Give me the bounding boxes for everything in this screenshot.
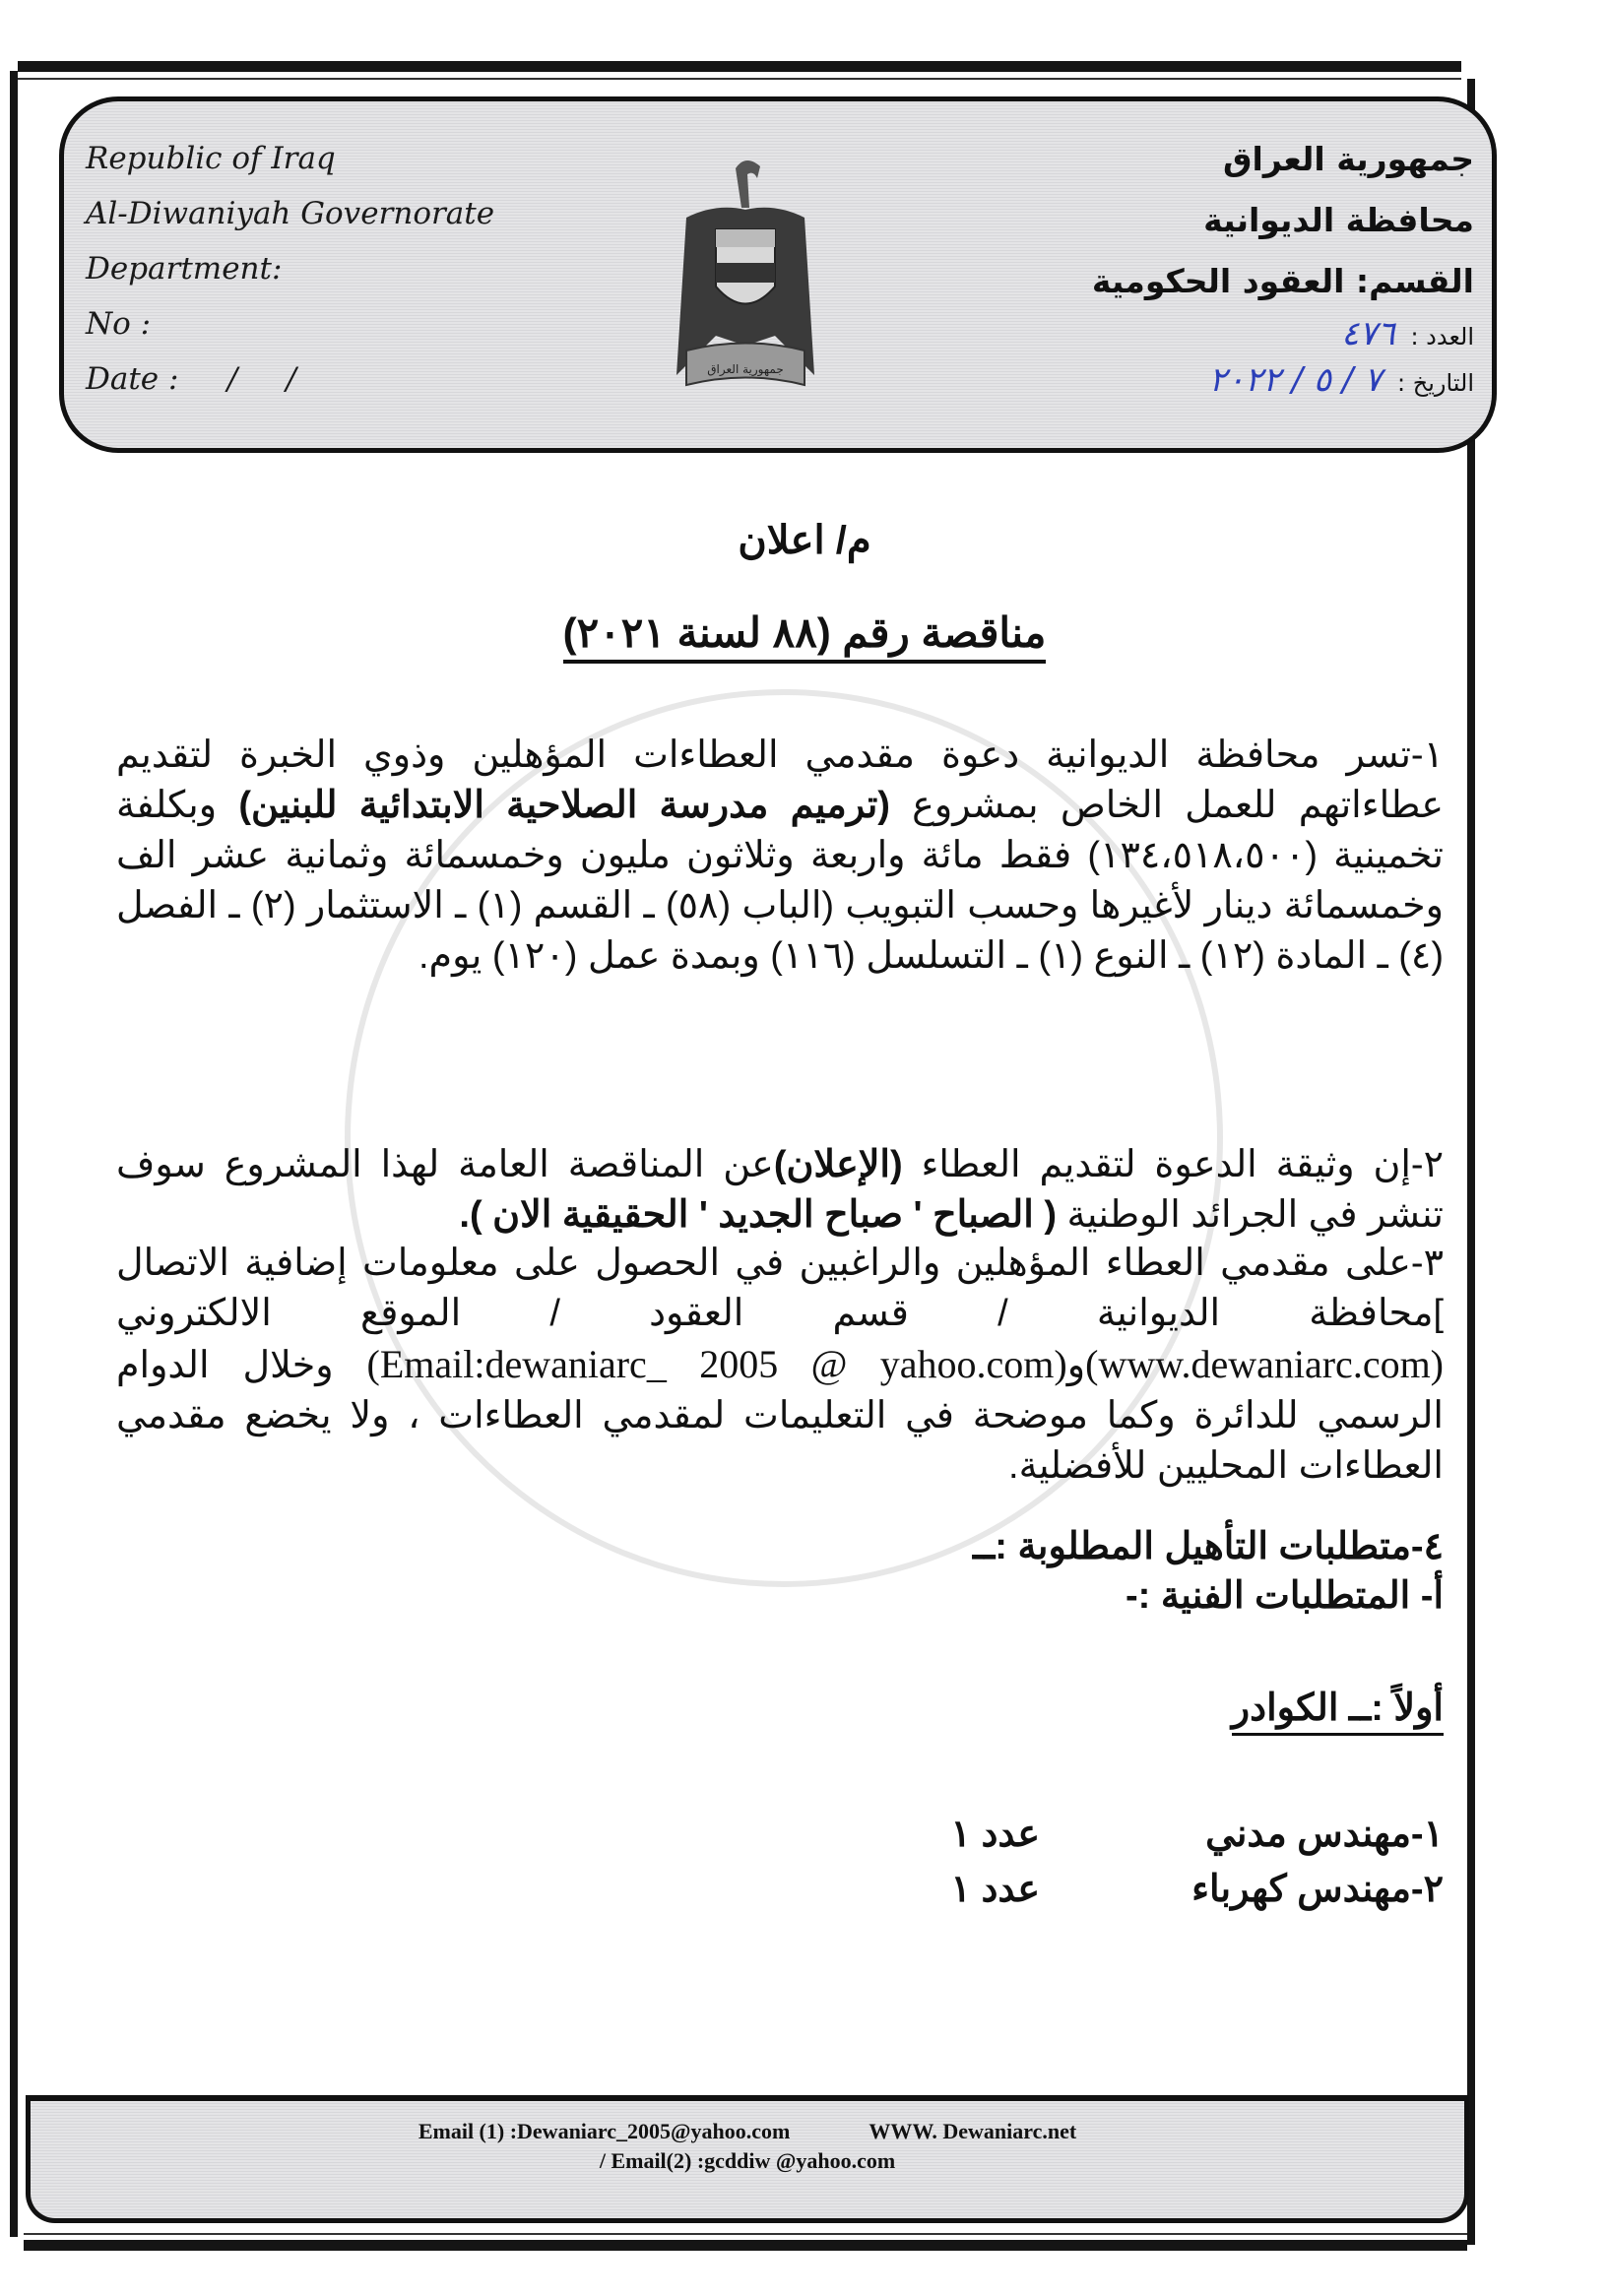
svg-text:جمهورية العراق: جمهورية العراق	[707, 362, 784, 377]
p3-conjunction: و	[1067, 1345, 1085, 1386]
frame-border-top	[18, 61, 1461, 72]
number-label-en: No :	[86, 296, 494, 351]
staff-title: ٢-مهندس كهرباء	[1191, 1867, 1444, 1911]
p2-bold-announcement: (الإعلان)	[774, 1144, 903, 1185]
p3-text-a: ٣-على مقدمي العطاء المؤهلين والراغبين في…	[116, 1243, 1444, 1334]
governorate-en: Al-Diwaniyah Governorate	[86, 186, 494, 241]
project-name: (ترميم مدرسة الصلاحية الابتدائية للبنين)	[238, 785, 890, 826]
governorate-ar: محافظة الديوانية	[1092, 190, 1474, 251]
letterhead: Republic of Iraq Al-Diwaniyah Governorat…	[59, 96, 1497, 453]
department-label-en: Department:	[86, 241, 494, 296]
p2-text-a: ٢-إن وثيقة الدعوة لتقديم العطاء	[903, 1144, 1444, 1185]
reference-number-value: ٤٧٦	[1333, 314, 1403, 353]
staff-heading: أولاً :ــ الكوادر	[1232, 1686, 1444, 1730]
technical-requirements-heading: أ- المتطلبات الفنية :-	[1126, 1573, 1444, 1618]
paragraph-1: ١-تسر محافظة الديوانية دعوة مقدمي العطاء…	[116, 731, 1444, 982]
website-link[interactable]: (www.dewaniarc.com)	[1085, 1342, 1444, 1386]
staff-title: ١-مهندس مدني	[1205, 1812, 1444, 1856]
tender-title-text: مناقصة رقم (٨٨ لسنة ٢٠٢١)	[563, 609, 1047, 664]
frame-border-left	[10, 71, 18, 2237]
newspapers-list: ( الصباح ' صباح الجديد ' الحقيقية الان )…	[459, 1194, 1057, 1236]
frame-rule-bottom	[24, 2233, 1467, 2235]
footer-email-1[interactable]: Email (1) :Dewaniarc_2005@yahoo.com	[418, 2119, 791, 2143]
footer-line-2: / Email(2) :gcddiw @yahoo.com	[31, 2148, 1464, 2174]
republic-ar: جمهورية العراق	[1092, 129, 1474, 190]
iraq-eagle-emblem-icon: جمهورية العراق	[667, 149, 824, 405]
paragraph-3: ٣-على مقدمي العطاء المؤهلين والراغبين في…	[116, 1239, 1444, 1492]
staff-heading-text: أولاً :ــ الكوادر	[1232, 1688, 1444, 1736]
email-link[interactable]: (Email:dewaniarc_ 2005 @ yahoo.com)	[367, 1342, 1067, 1386]
footer-line-1: Email (1) :Dewaniarc_2005@yahoo.comWWW. …	[31, 2119, 1464, 2144]
footer-email-2[interactable]: / Email(2) :gcddiw @yahoo.com	[600, 2148, 895, 2173]
letterhead-footer: Email (1) :Dewaniarc_2005@yahoo.comWWW. …	[26, 2095, 1469, 2223]
date-label-en: Date : / /	[86, 351, 494, 407]
paragraph-2: ٢-إن وثيقة الدعوة لتقديم العطاء (الإعلان…	[116, 1140, 1444, 1241]
letterhead-arabic: جمهورية العراق محافظة الديوانية القسم: ا…	[1092, 129, 1474, 405]
frame-border-bottom	[24, 2240, 1467, 2251]
announcement-subject: م/ اعلان	[0, 518, 1609, 563]
reference-number-row: العدد : ٤٧٦	[1092, 312, 1474, 358]
footer-website[interactable]: WWW. Dewaniarc.net	[869, 2119, 1076, 2143]
staff-count: عدد ١	[950, 1867, 1040, 1911]
date-label-ar: التاريخ :	[1397, 369, 1474, 397]
department-ar: القسم: العقود الحكومية	[1092, 251, 1474, 312]
date-row: التاريخ : ٧ / ٥ / ٢٠٢٢	[1092, 358, 1474, 405]
qualification-requirements-heading: ٤-متطلبات التأهيل المطلوبة :ــ	[973, 1524, 1444, 1568]
letterhead-english: Republic of Iraq Al-Diwaniyah Governorat…	[86, 131, 494, 407]
staff-count: عدد ١	[950, 1812, 1040, 1856]
tender-title: مناقصة رقم (٨٨ لسنة ٢٠٢١)	[0, 608, 1609, 657]
republic-en: Republic of Iraq	[86, 131, 494, 186]
number-label-ar: العدد :	[1410, 323, 1474, 351]
frame-rule-top	[18, 78, 1461, 80]
date-value: ٧ / ٥ / ٢٠٢٢	[1201, 360, 1390, 400]
